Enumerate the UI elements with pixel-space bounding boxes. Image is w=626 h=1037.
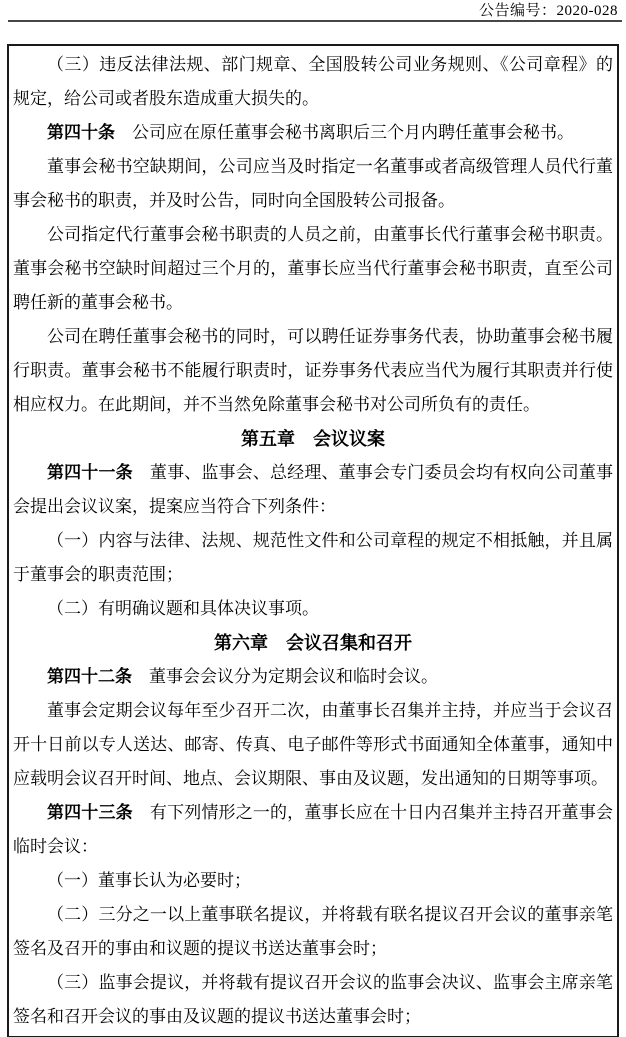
announcement-number: 公告编号：2020-028 xyxy=(479,3,618,19)
article-label: 第四十二条 xyxy=(47,667,132,686)
chapter-6-heading: 第六章 会议召集和召开 xyxy=(13,626,613,660)
paragraph-text: 公司应在原任董事会秘书离职后三个月内聘任董事会秘书。 xyxy=(115,123,574,142)
paragraph-text: （三）违反法律法规、部门规章、全国股转公司业务规则、《公司章程》的规定，给公司或… xyxy=(13,55,613,108)
paragraph-text: 董事会秘书空缺期间，公司应当及时指定一名董事或者高级管理人员代行董事会秘书的职责… xyxy=(13,157,613,210)
paragraph-item-3-losses: （三）违反法律法规、部门规章、全国股转公司业务规则、《公司章程》的规定，给公司或… xyxy=(13,48,613,116)
article-label: 第四十条 xyxy=(47,123,115,142)
paragraph-text: 公司在聘任董事会秘书的同时，可以聘任证券事务代表，协助董事会秘书履行职责。董事会… xyxy=(13,327,613,414)
paragraph-text: 董事会定期会议每年至少召开二次，由董事长召集并主持，并应当于会议召开十日前以专人… xyxy=(13,701,613,788)
article-label: 第四十三条 xyxy=(47,803,133,822)
document-page: 公告编号：2020-028 （三）违反法律法规、部门规章、全国股转公司业务规则、… xyxy=(0,0,626,1037)
paragraph-text: （一）内容与法律、法规、规范性文件和公司章程的规定不相抵触，并且属于董事会的职责… xyxy=(13,531,613,584)
paragraph-condition-2: （二）有明确议题和具体决议事项。 xyxy=(13,592,613,626)
paragraph-situation-3: （三）监事会提议，并将载有提议召开会议的监事会决议、监事会主席亲笔签名和召开会议… xyxy=(13,966,613,1034)
paragraph-text: 公司指定代行董事会秘书职责的人员之前，由董事长代行董事会秘书职责。董事会秘书空缺… xyxy=(13,225,613,312)
paragraph-acting-secretary: 公司指定代行董事会秘书职责的人员之前，由董事长代行董事会秘书职责。董事会秘书空缺… xyxy=(13,218,613,320)
header-divider-rule xyxy=(8,20,622,22)
paragraph-text: 董事会会议分为定期会议和临时会议。 xyxy=(132,667,438,686)
paragraph-condition-1: （一）内容与法律、法规、规范性文件和公司章程的规定不相抵触，并且属于董事会的职责… xyxy=(13,524,613,592)
paragraph-secretary-vacancy: 董事会秘书空缺期间，公司应当及时指定一名董事或者高级管理人员代行董事会秘书的职责… xyxy=(13,150,613,218)
paragraph-article-41: 第四十一条 董事、监事会、总经理、董事会专门委员会均有权向公司董事会提出会议议案… xyxy=(13,456,613,524)
article-label: 第四十一条 xyxy=(47,463,133,482)
paragraph-article-40: 第四十条 公司应在原任董事会秘书离职后三个月内聘任董事会秘书。 xyxy=(13,116,613,150)
paragraph-article-42: 第四十二条 董事会会议分为定期会议和临时会议。 xyxy=(13,660,613,694)
page-header: 公告编号：2020-028 xyxy=(0,0,626,18)
paragraph-text: （三）监事会提议，并将载有提议召开会议的监事会决议、监事会主席亲笔签名和召开会议… xyxy=(13,973,613,1026)
paragraph-securities-representative: 公司在聘任董事会秘书的同时，可以聘任证券事务代表，协助董事会秘书履行职责。董事会… xyxy=(13,320,613,422)
paragraph-regular-meetings: 董事会定期会议每年至少召开二次，由董事长召集并主持，并应当于会议召开十日前以专人… xyxy=(13,694,613,796)
paragraph-text: （一）董事长认为必要时； xyxy=(47,871,251,890)
paragraph-situation-1: （一）董事长认为必要时； xyxy=(13,864,613,898)
paragraph-article-43: 第四十三条 有下列情形之一的，董事长应在十日内召集并主持召开董事会临时会议： xyxy=(13,796,613,864)
paragraph-text: （二）有明确议题和具体决议事项。 xyxy=(47,599,319,618)
paragraph-text: （二）三分之一以上董事联名提议，并将载有联名提议召开会议的董事亲笔签名及召开的事… xyxy=(13,905,613,958)
chapter-5-heading: 第五章 会议议案 xyxy=(13,422,613,456)
paragraph-situation-2: （二）三分之一以上董事联名提议，并将载有联名提议召开会议的董事亲笔签名及召开的事… xyxy=(13,898,613,966)
document-body-box: （三）违反法律法规、部门规章、全国股转公司业务规则、《公司章程》的规定，给公司或… xyxy=(7,44,619,1037)
